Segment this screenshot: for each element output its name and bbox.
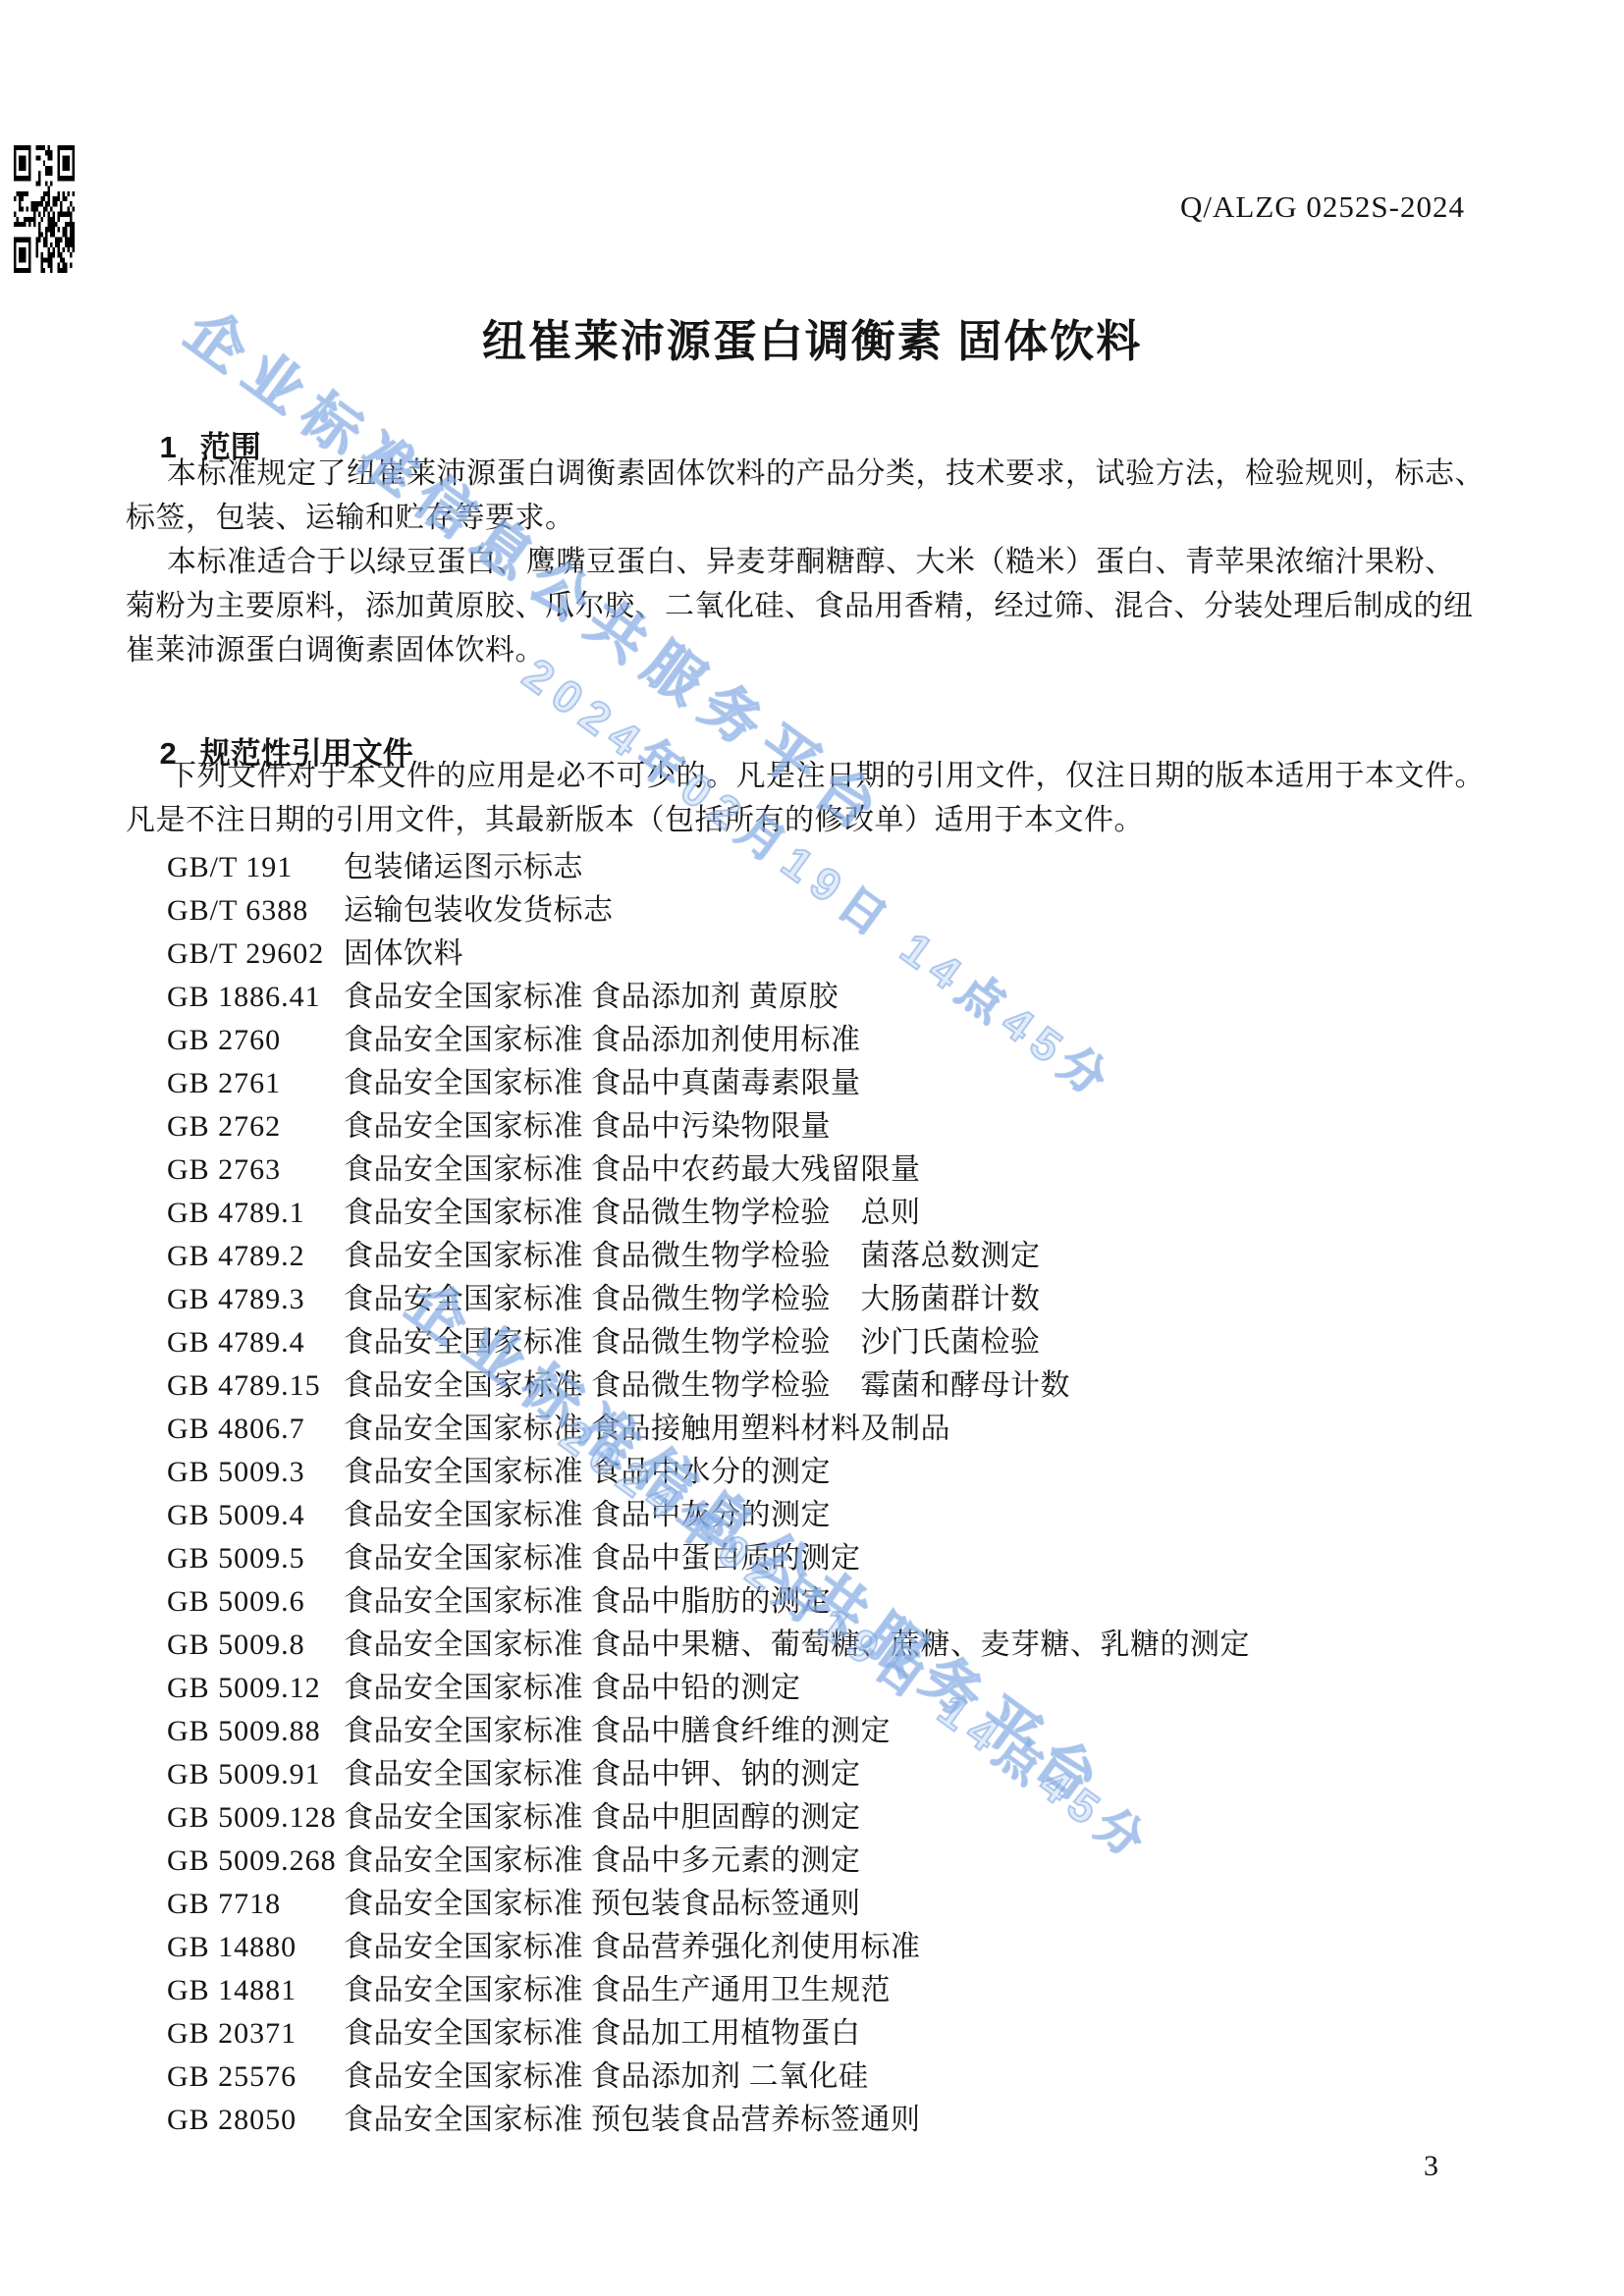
paragraph-line: 菊粉为主要原料，添加黄原胶、瓜尔胶、二氧化硅、食品用香精，经过筛、混合、分装处理… [126,584,1585,628]
page-title: 纽崔莱沛源蛋白调衡素 固体饮料 [0,316,1624,367]
reference-row: GB 2763食品安全国家标准 食品中农药最大残留限量 [167,1148,1585,1192]
reference-code: GB 5009.88 [167,1710,344,1753]
reference-row: GB 5009.5食品安全国家标准 食品中蛋白质的测定 [167,1537,1585,1580]
reference-code: GB 5009.3 [167,1451,344,1494]
reference-name: 食品安全国家标准 食品中铅的测定 [344,1672,801,1704]
reference-row: GB 5009.268食品安全国家标准 食品中多元素的测定 [167,1840,1585,1883]
reference-code: GB 4789.15 [167,1364,344,1408]
reference-row: GB 5009.4食品安全国家标准 食品中灰分的测定 [167,1494,1585,1537]
page-number: 3 [1424,2150,1438,2183]
reference-row: GB 2761食品安全国家标准 食品中真菌毒素限量 [167,1062,1585,1105]
reference-name: 食品安全国家标准 食品微生物学检验 总则 [344,1197,921,1229]
reference-code: GB 2763 [167,1148,344,1192]
reference-name: 食品安全国家标准 食品中多元素的测定 [344,1844,861,1877]
paragraph-line: 凡是不注日期的引用文件，其最新版本（包括所有的修改单）适用于本文件。 [126,798,1585,842]
reference-name: 食品安全国家标准 食品营养强化剂使用标准 [344,1931,921,1963]
reference-name: 食品安全国家标准 食品微生物学检验 霉菌和酵母计数 [344,1369,1070,1402]
reference-row: GB/T 191包装储运图示标志 [167,846,1585,889]
reference-code: GB 25576 [167,2056,344,2099]
reference-name: 食品安全国家标准 食品中脂肪的测定 [344,1585,831,1618]
reference-code: GB 5009.91 [167,1753,344,1796]
reference-row: GB 2760食品安全国家标准 食品添加剂使用标准 [167,1019,1585,1062]
reference-row: GB 20371食品安全国家标准 食品加工用植物蛋白 [167,2012,1585,2056]
reference-code: GB 7718 [167,1883,344,1926]
paragraph-line: 崔莱沛源蛋白调衡素固体饮料。 [126,628,1585,672]
reference-row: GB 5009.8食品安全国家标准 食品中果糖、葡萄糖、蔗糖、麦芽糖、乳糖的测定 [167,1624,1585,1667]
references-list: GB/T 191包装储运图示标志 GB/T 6388运输包装收发货标志 GB/T… [167,846,1585,2142]
reference-row: GB 4789.4食品安全国家标准 食品微生物学检验 沙门氏菌检验 [167,1321,1585,1364]
reference-code: GB/T 29602 [167,933,344,976]
reference-code: GB/T 191 [167,846,344,889]
paragraph-line: 标签，包装、运输和贮存等要求。 [126,496,1585,540]
reference-name: 食品安全国家标准 食品中膳食纤维的测定 [344,1715,891,1747]
reference-code: GB 28050 [167,2099,344,2142]
reference-name: 食品安全国家标准 食品中胆固醇的测定 [344,1801,861,1834]
reference-code: GB 4806.7 [167,1408,344,1451]
reference-name: 食品安全国家标准 食品微生物学检验 菌落总数测定 [344,1240,1041,1272]
reference-code: GB 5009.8 [167,1624,344,1667]
reference-row: GB 14881食品安全国家标准 食品生产通用卫生规范 [167,1969,1585,2012]
reference-row: GB/T 29602固体饮料 [167,933,1585,976]
reference-code: GB 14881 [167,1969,344,2012]
reference-code: GB 2761 [167,1062,344,1105]
reference-row: GB 5009.6食品安全国家标准 食品中脂肪的测定 [167,1580,1585,1624]
paragraph-line: 本标准适合于以绿豆蛋白、鹰嘴豆蛋白、异麦芽酮糖醇、大米（糙米）蛋白、青苹果浓缩汁… [126,540,1585,584]
reference-name: 固体饮料 [344,937,463,970]
reference-row: GB 4806.7食品安全国家标准 食品接触用塑料材料及制品 [167,1408,1585,1451]
reference-name: 食品安全国家标准 食品添加剂 黄原胶 [344,981,839,1013]
scope-paragraph-2: 本标准适合于以绿豆蛋白、鹰嘴豆蛋白、异麦芽酮糖醇、大米（糙米）蛋白、青苹果浓缩汁… [126,540,1585,672]
reference-row: GB 14880食品安全国家标准 食品营养强化剂使用标准 [167,1926,1585,1969]
reference-name: 食品安全国家标准 食品中钾、钠的测定 [344,1758,861,1790]
reference-code: GB 2760 [167,1019,344,1062]
reference-row: GB 4789.15食品安全国家标准 食品微生物学检验 霉菌和酵母计数 [167,1364,1585,1408]
reference-code: GB 1886.41 [167,976,344,1019]
reference-name: 食品安全国家标准 预包装食品营养标签通则 [344,2104,921,2136]
reference-code: GB 2762 [167,1105,344,1148]
reference-code: GB 5009.4 [167,1494,344,1537]
reference-row: GB 1886.41食品安全国家标准 食品添加剂 黄原胶 [167,976,1585,1019]
reference-name: 食品安全国家标准 食品中水分的测定 [344,1456,831,1488]
reference-name: 运输包装收发货标志 [344,894,614,927]
reference-row: GB 4789.2食品安全国家标准 食品微生物学检验 菌落总数测定 [167,1235,1585,1278]
reference-code: GB 4789.1 [167,1192,344,1235]
reference-name: 食品安全国家标准 食品中灰分的测定 [344,1499,831,1531]
reference-row: GB 5009.88食品安全国家标准 食品中膳食纤维的测定 [167,1710,1585,1753]
reference-code: GB 5009.6 [167,1580,344,1624]
reference-row: GB 5009.12食品安全国家标准 食品中铅的测定 [167,1667,1585,1710]
reference-name: 食品安全国家标准 食品中污染物限量 [344,1110,831,1143]
reference-name: 食品安全国家标准 食品中蛋白质的测定 [344,1542,861,1575]
reference-row: GB 25576食品安全国家标准 食品添加剂 二氧化硅 [167,2056,1585,2099]
reference-name: 食品安全国家标准 食品添加剂使用标准 [344,1024,861,1056]
paragraph-line: 本标准规定了纽崔莱沛源蛋白调衡素固体饮料的产品分类，技术要求，试验方法，检验规则… [126,452,1585,496]
reference-row: GB 5009.3食品安全国家标准 食品中水分的测定 [167,1451,1585,1494]
reference-name: 食品安全国家标准 预包装食品标签通则 [344,1888,861,1920]
reference-code: GB 4789.3 [167,1278,344,1321]
reference-name: 食品安全国家标准 食品中真菌毒素限量 [344,1067,861,1099]
references-intro: 下列文件对于本文件的应用是必不可少的。凡是注日期的引用文件，仅注日期的版本适用于… [126,754,1585,842]
reference-name: 食品安全国家标准 食品接触用塑料材料及制品 [344,1413,950,1445]
reference-code: GB 20371 [167,2012,344,2056]
reference-name: 食品安全国家标准 食品微生物学检验 沙门氏菌检验 [344,1326,1041,1359]
reference-name: 食品安全国家标准 食品添加剂 二氧化硅 [344,2060,869,2093]
reference-row: GB 5009.91食品安全国家标准 食品中钾、钠的测定 [167,1753,1585,1796]
paragraph-line: 下列文件对于本文件的应用是必不可少的。凡是注日期的引用文件，仅注日期的版本适用于… [126,754,1585,798]
reference-code: GB 5009.128 [167,1796,344,1840]
reference-row: GB 4789.3食品安全国家标准 食品微生物学检验 大肠菌群计数 [167,1278,1585,1321]
reference-code: GB/T 6388 [167,889,344,933]
reference-name: 食品安全国家标准 食品加工用植物蛋白 [344,2017,861,2050]
reference-row: GB 7718食品安全国家标准 预包装食品标签通则 [167,1883,1585,1926]
reference-name: 食品安全国家标准 食品微生物学检验 大肠菌群计数 [344,1283,1041,1315]
reference-name: 包装储运图示标志 [344,851,583,883]
reference-code: GB 5009.5 [167,1537,344,1580]
reference-row: GB 28050食品安全国家标准 预包装食品营养标签通则 [167,2099,1585,2142]
reference-code: GB 5009.12 [167,1667,344,1710]
reference-code: GB 4789.2 [167,1235,344,1278]
reference-row: GB 5009.128食品安全国家标准 食品中胆固醇的测定 [167,1796,1585,1840]
reference-code: GB 14880 [167,1926,344,1969]
document-page: 企业标准信息公共服务平台 2024年02月19日 14点45分 企业标准信息公共… [0,0,1624,2296]
reference-row: GB 4789.1食品安全国家标准 食品微生物学检验 总则 [167,1192,1585,1235]
scope-paragraph-1: 本标准规定了纽崔莱沛源蛋白调衡素固体饮料的产品分类，技术要求，试验方法，检验规则… [126,452,1585,540]
doc-number: Q/ALZG 0252S-2024 [1180,190,1465,224]
reference-row: GB/T 6388运输包装收发货标志 [167,889,1585,933]
reference-code: GB 4789.4 [167,1321,344,1364]
reference-name: 食品安全国家标准 食品中果糖、葡萄糖、蔗糖、麦芽糖、乳糖的测定 [344,1629,1250,1661]
reference-name: 食品安全国家标准 食品中农药最大残留限量 [344,1153,921,1186]
qr-code-icon [14,145,75,273]
reference-row: GB 2762食品安全国家标准 食品中污染物限量 [167,1105,1585,1148]
reference-code: GB 5009.268 [167,1840,344,1883]
reference-name: 食品安全国家标准 食品生产通用卫生规范 [344,1974,891,2006]
